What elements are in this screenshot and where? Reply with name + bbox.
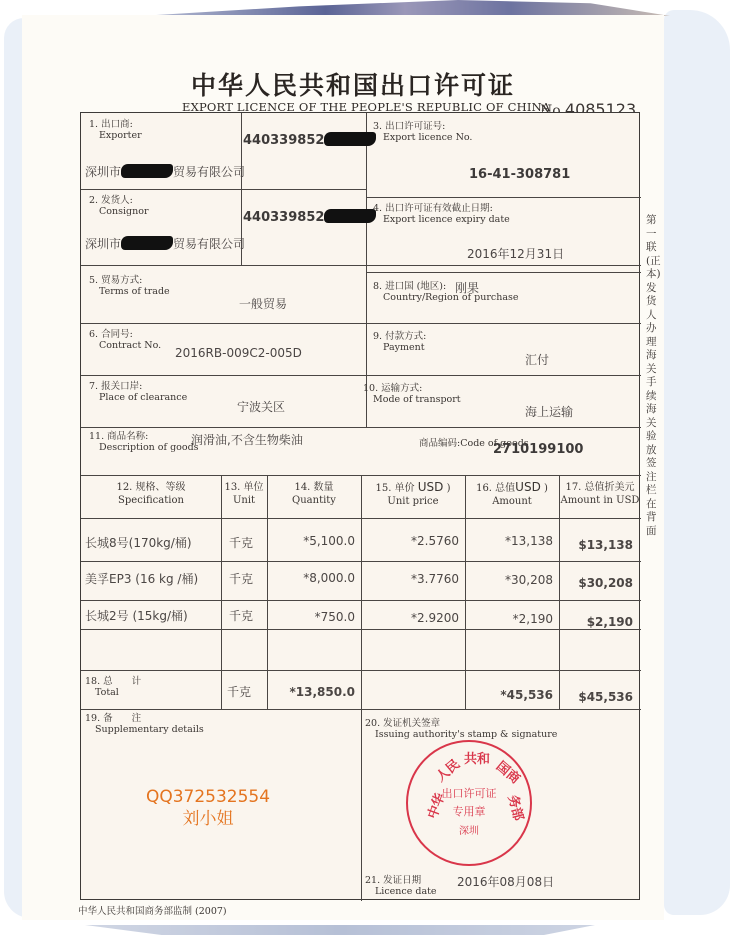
row-amount: *30,208 <box>465 573 553 587</box>
transport-label: 10. 运输方式:Mode of transport <box>363 383 461 405</box>
header-specification: 12. 规格、等级Specification <box>81 481 221 507</box>
stamp-center-2: 专用章 <box>408 804 530 819</box>
divider <box>241 189 242 265</box>
footer-supervision-note: 中华人民共和国商务部监制 (2007) <box>78 903 227 917</box>
total-amount: *45,536 <box>465 688 553 702</box>
contract-value: 2016RB-009C2-005D <box>175 346 302 360</box>
payment-label: 9. 付款方式:Payment <box>373 331 426 353</box>
header-amount: 16. 总值USD )Amount <box>465 481 559 508</box>
exporter-name: 深圳市贸易有限公司 <box>85 163 245 180</box>
divider <box>366 113 367 427</box>
copy-side-note: 第一联(正本)发货人办理海关手续 海关验放签注栏在背面 <box>646 214 658 538</box>
row-unit: 千克 <box>229 607 253 624</box>
contact-name: 刘小姐 <box>138 808 278 830</box>
exporter-label: 1. 出口商:Exporter <box>89 119 142 141</box>
licence-number-value: 16-41-308781 <box>469 167 570 182</box>
total-amount-usd: $45,536 <box>559 690 633 704</box>
stamp-center-3: 深圳 <box>408 824 530 839</box>
total-label: 18. 总 计Total <box>85 676 141 698</box>
clearance-label: 7. 报关口岸:Place of clearance <box>89 381 187 403</box>
row-spec: 美孚EP3 (16 kg /桶) <box>85 570 198 587</box>
row-quantity: *5,100.0 <box>267 534 355 548</box>
consignor-label: 2. 发货人:Consignor <box>89 195 148 217</box>
country-label: 8. 进口国 (地区):Country/Region of purchase <box>373 281 519 303</box>
goods-description-value: 润滑油,不含生物柴油 <box>191 431 303 448</box>
divider <box>361 475 362 709</box>
row-amount-usd: $30,208 <box>559 576 633 590</box>
redaction-mark <box>121 236 173 250</box>
clearance-value: 宁波关区 <box>237 398 285 415</box>
consignor-name: 深圳市贸易有限公司 <box>85 235 245 252</box>
row-unit-price: *2.9200 <box>361 611 459 625</box>
row-spec: 长城8号(170kg/桶) <box>85 534 192 551</box>
row-unit-price: *3.7760 <box>361 572 459 586</box>
divider <box>81 189 366 190</box>
transport-value: 海上运输 <box>525 403 573 420</box>
terms-of-trade-value: 一般贸易 <box>239 295 287 312</box>
divider <box>81 427 641 428</box>
divider <box>81 375 641 376</box>
divider <box>366 272 641 273</box>
header-quantity: 14. 数量Quantity <box>267 481 361 507</box>
divider <box>361 709 362 901</box>
expiry-date-value: 2016年12月31日 <box>467 245 564 262</box>
goods-description-label: 11. 商品名称:Description of goods <box>89 431 199 453</box>
row-amount-usd: $2,190 <box>559 615 633 629</box>
divider <box>81 323 641 324</box>
header-unit-price: 15. 单价 USD )Unit price <box>361 481 465 508</box>
scan-shadow-top <box>140 0 670 16</box>
stamp-ring-text: 人民 <box>431 754 463 785</box>
redaction-mark <box>324 132 376 146</box>
divider <box>267 475 268 709</box>
divider <box>366 197 641 198</box>
row-amount-usd: $13,138 <box>559 538 633 552</box>
total-quantity: *13,850.0 <box>267 685 355 699</box>
header-amount-usd: 17. 总值折美元Amount in USD <box>559 481 641 507</box>
official-stamp: 中华 人民 共和 国商 务部 出口许可证 专用章 深圳 <box>406 740 532 866</box>
goods-code-value: 2710199100 <box>493 442 583 457</box>
redaction-mark <box>121 164 173 178</box>
divider <box>465 475 466 709</box>
scan-shadow-bottom <box>85 925 595 935</box>
document-title: 中华人民共和国出口许可证 <box>183 66 523 102</box>
contact-watermark: QQ372532554 刘小姐 <box>138 786 278 830</box>
terms-of-trade-label: 5. 贸易方式:Terms of trade <box>89 275 170 297</box>
row-quantity: *8,000.0 <box>267 571 355 585</box>
row-spec: 长城2号 (15kg/桶) <box>85 607 188 624</box>
licence-date-value: 2016年08月08日 <box>457 873 554 890</box>
country-value: 刚果 <box>455 279 479 296</box>
licence-number-label: 3. 出口许可证号:Export licence No. <box>373 121 472 143</box>
row-amount: *13,138 <box>465 534 553 548</box>
contract-label: 6. 合同号:Contract No. <box>89 329 161 351</box>
stamp-ring-text: 共和 <box>464 748 490 767</box>
supplementary-label: 19. 备 注Supplementary details <box>85 713 204 735</box>
row-amount: *2,190 <box>465 612 553 626</box>
row-unit-price: *2.5760 <box>361 534 459 548</box>
licence-form: 1. 出口商:Exporter 440339852 深圳市贸易有限公司 2. 发… <box>80 112 640 900</box>
divider <box>559 475 560 709</box>
row-unit: 千克 <box>229 534 253 551</box>
exporter-code: 440339852 <box>243 132 376 148</box>
divider <box>221 475 222 709</box>
row-unit: 千克 <box>229 570 253 587</box>
header-unit: 13. 单位Unit <box>221 481 267 507</box>
contact-qq: QQ372532554 <box>138 786 278 808</box>
total-unit: 千克 <box>227 683 251 700</box>
divider <box>81 265 641 266</box>
expiry-date-label: 4. 出口许可证有效截止日期:Export licence expiry dat… <box>373 203 510 225</box>
licence-date-label: 21. 发证日期Licence date <box>365 875 437 897</box>
row-quantity: *750.0 <box>267 610 355 624</box>
authority-label: 20. 发证机关签章Issuing authority's stamp & si… <box>365 718 557 740</box>
consignor-code: 440339852 <box>243 209 376 225</box>
stamp-center-1: 出口许可证 <box>408 786 530 801</box>
background-shape-right <box>664 10 730 915</box>
redaction-mark <box>324 209 376 223</box>
payment-value: 汇付 <box>525 351 549 368</box>
